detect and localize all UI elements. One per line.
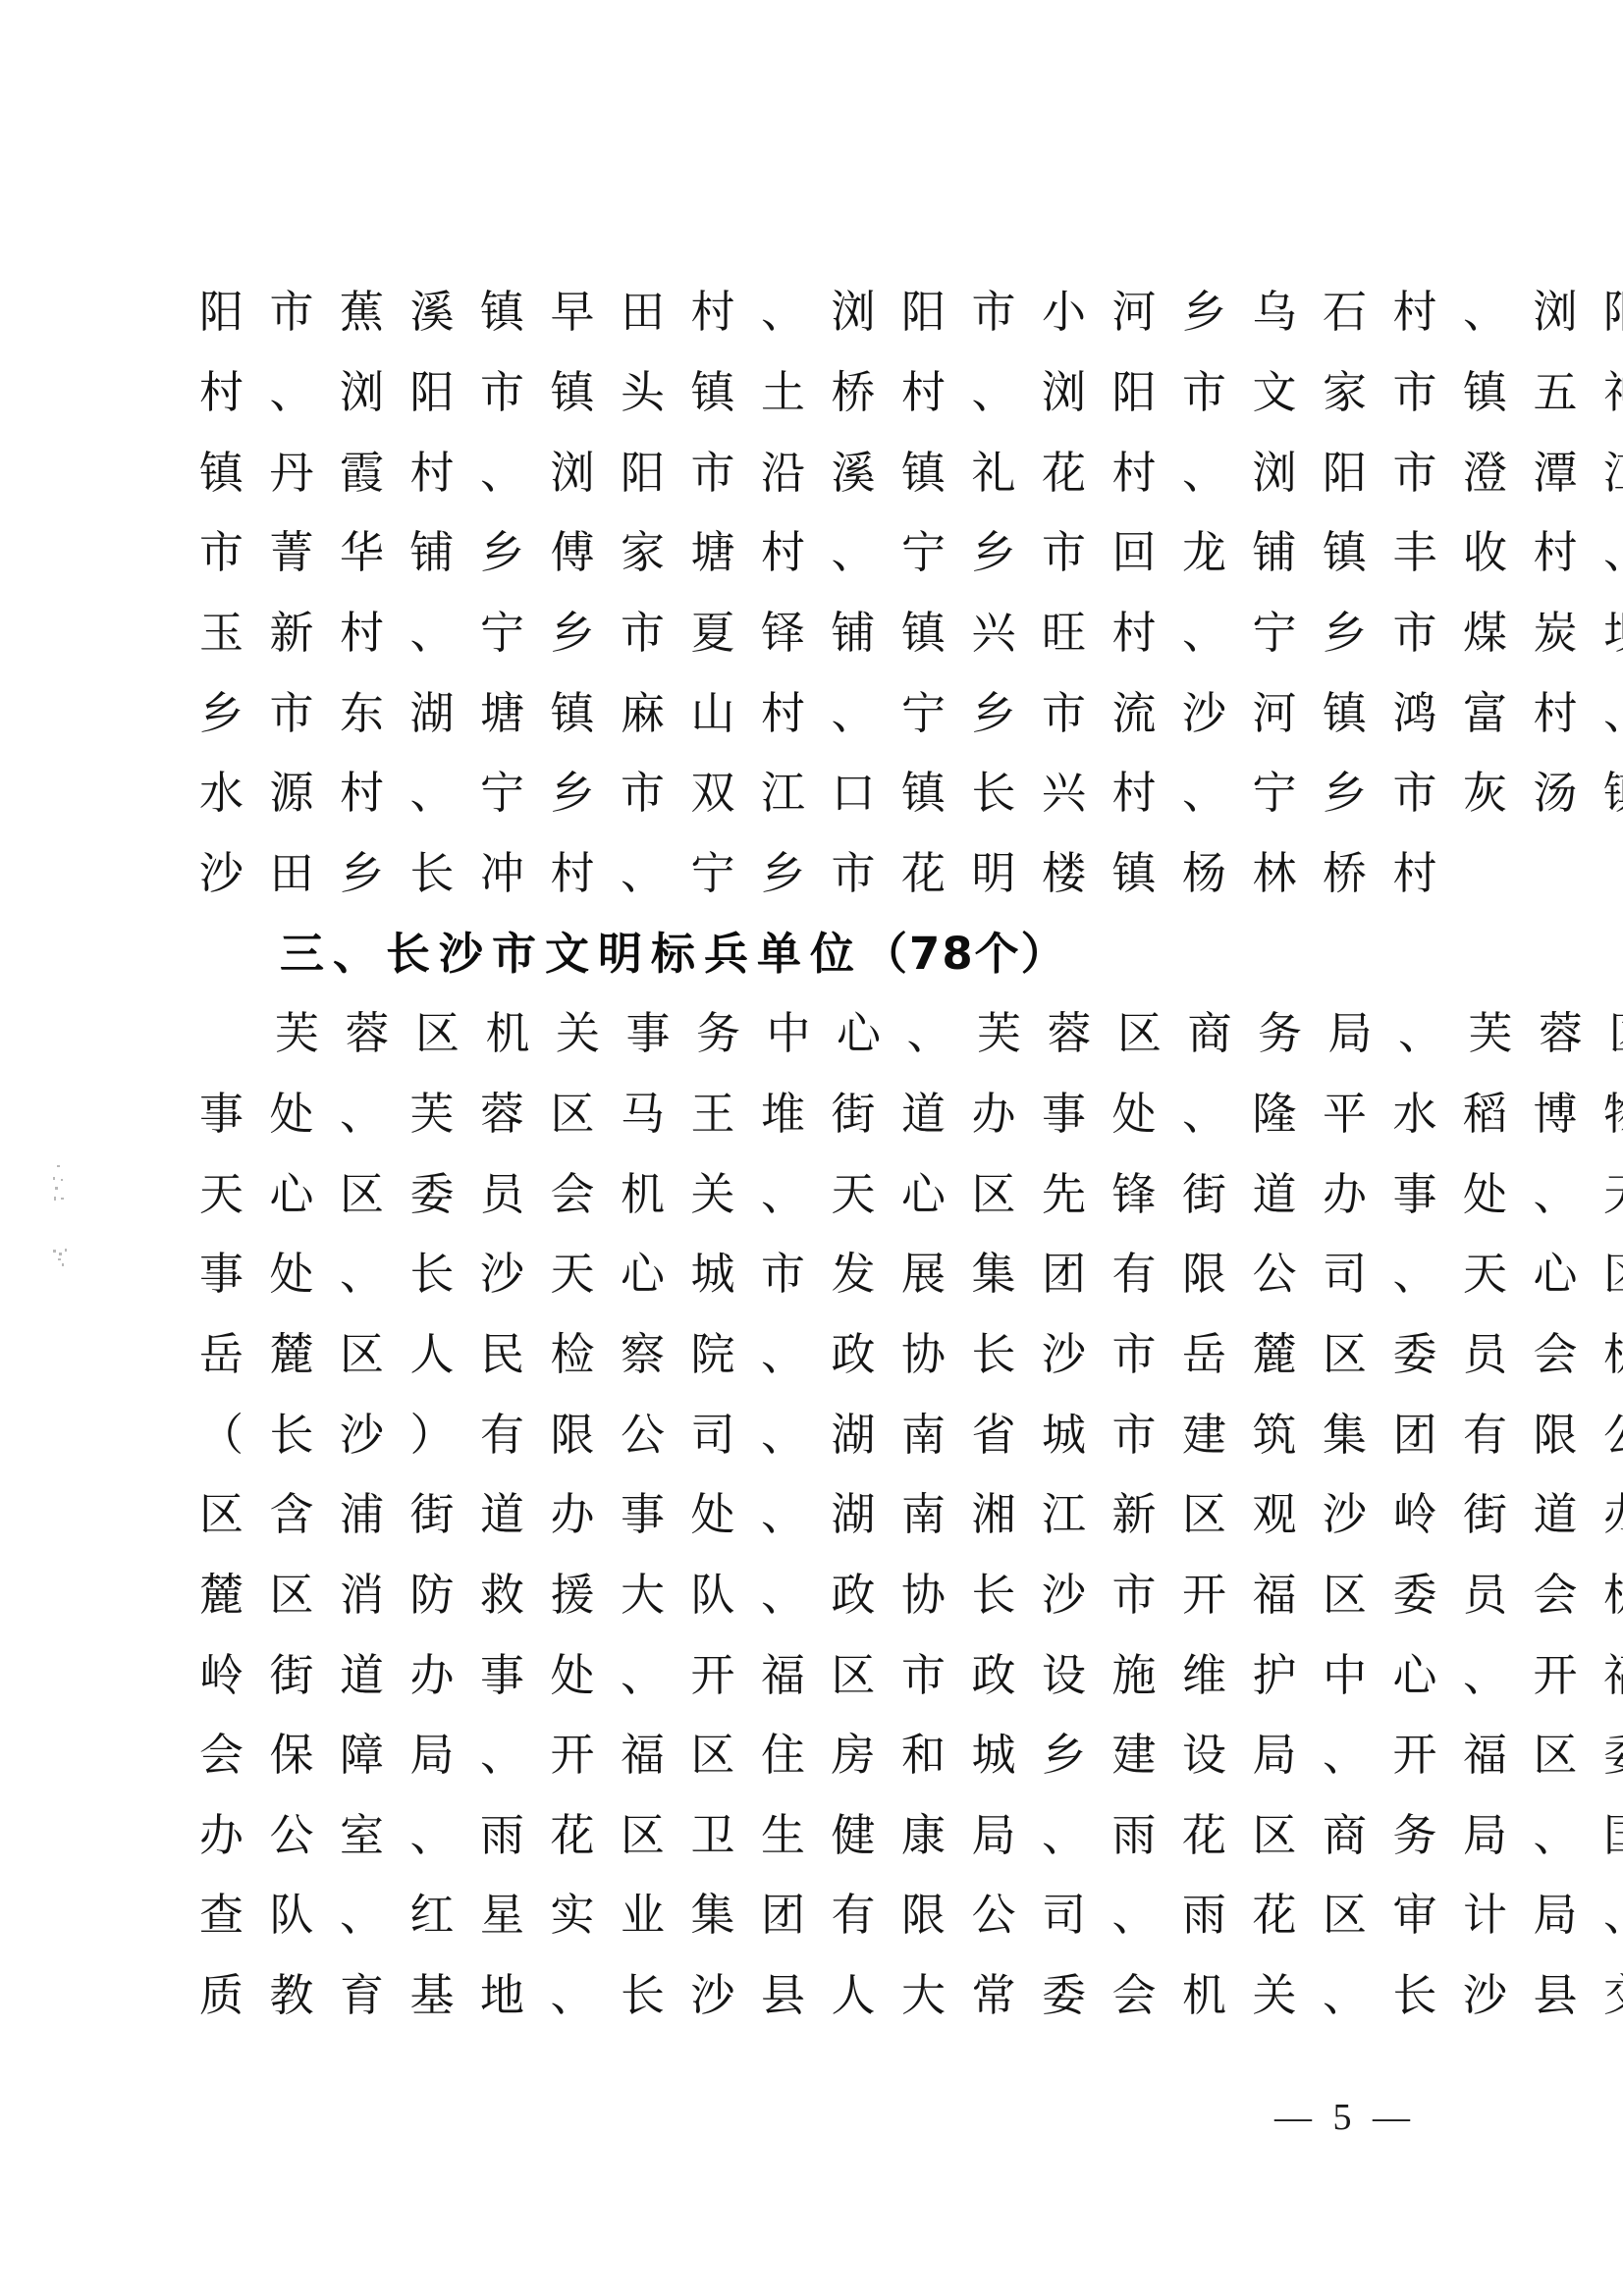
text-line: 阳市蕉溪镇早田村、浏阳市小河乡乌石村、浏阳市枨冲镇新南桥 [199,272,1407,352]
text-line: 质教育基地、长沙县人大常委会机关、长沙县交通运输局、长沙 [199,1955,1407,2036]
text-line: 事处、长沙天心城市发展集团有限公司、天心区司法局、长沙市 [199,1234,1407,1314]
text-line: 市菁华铺乡傅家塘村、宁乡市回龙铺镇丰收村、宁乡市大成桥镇 [199,512,1407,593]
text-line: 乡市东湖塘镇麻山村、宁乡市流沙河镇鸿富村、宁乡市沩山乡沩 [199,673,1407,754]
text-line: 麓区消防救援大队、政协长沙市开福区委员会机关、开福区伍家 [199,1555,1407,1635]
scan-artifact [49,1163,88,1281]
text-line: 天心区委员会机关、天心区先锋街道办事处、天心区南托街道办 [199,1154,1407,1235]
text-line: （长沙）有限公司、湖南省城市建筑集团有限公司、湖南湘江新 [199,1395,1407,1475]
text-line: 岳麓区人民检察院、政协长沙市岳麓区委员会机关、梅溪湖投资 [199,1314,1407,1395]
page-number: — 5 — [1274,2096,1416,2139]
text-line: 事处、芙蓉区马王堆街道办事处、隆平水稻博物馆、政协长沙市 [199,1074,1407,1154]
text-line: 岭街道办事处、开福区市政设施维护中心、开福区人力资源和社 [199,1635,1407,1716]
text-line: 办公室、雨花区卫生健康局、雨花区商务局、国家统计局雨花调 [199,1795,1407,1876]
text-line: 会保障局、开福区住房和城乡建设局、开福区委机构编制委员会 [199,1715,1407,1795]
text-line: 水源村、宁乡市双江口镇长兴村、宁乡市灰汤镇灰汤村、宁乡市 [199,753,1407,833]
text-line: 区含浦街道办事处、湖南湘江新区观沙岭街道办事处、长沙市岳 [199,1474,1407,1555]
text-line: 查队、红星实业集团有限公司、雨花区审计局、雨花区教育局素 [199,1875,1407,1955]
text-line: 沙田乡长冲村、宁乡市花明楼镇杨林桥村 [199,833,1407,914]
text-line: 芙蓉区机关事务中心、芙蓉区商务局、芙蓉区五里牌街道办 [275,993,1483,1074]
section-heading: 三、长沙市文明标兵单位（78个） [280,914,1067,994]
section-heading-count: （78个） [863,928,1067,980]
document-page: 阳市蕉溪镇早田村、浏阳市小河乡乌石村、浏阳市枨冲镇新南桥 村、浏阳市镇头镇土桥村… [0,0,1623,2296]
text-line: 镇丹霞村、浏阳市沿溪镇礼花村、浏阳市澄潭江镇和家村、宁乡 [199,433,1407,513]
text-line: 玉新村、宁乡市夏铎铺镇兴旺村、宁乡市煤炭坝镇贺石桥村、宁 [199,593,1407,673]
section-heading-title: 三、长沙市文明标兵单位 [280,928,863,980]
text-line: 村、浏阳市镇头镇土桥村、浏阳市文家市镇五神村、浏阳市社港 [199,352,1407,433]
